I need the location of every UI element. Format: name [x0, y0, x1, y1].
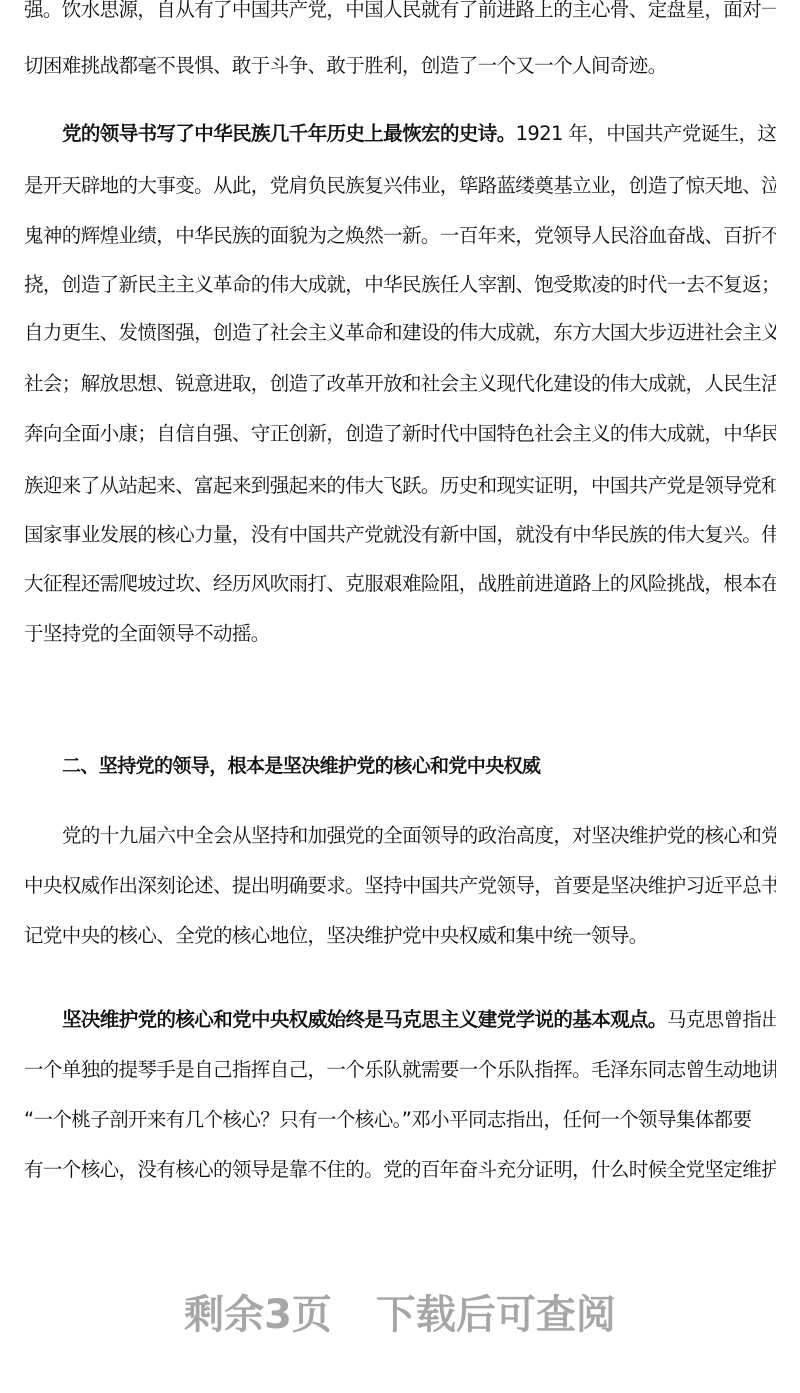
- history-line: 奔向全面小康；自信自强、守正创新，创造了新时代中国特色社会主义的伟大成就，中华民: [24, 421, 776, 447]
- download-to-view-label[interactable]: 下载后可查阅: [376, 1292, 616, 1338]
- history-bold-lead: 党的领导书写了中华民族几千年历史上最恢宏的史诗。: [62, 122, 516, 145]
- document-page: 强。饮水思源，自从有了中国共产党，中国人民就有了前进路上的主心骨、定盘星，面对一…: [0, 0, 800, 1393]
- history-line: 大征程还需爬坡过坎、经历风吹雨打、克服艰难险阻，战胜前进道路上的风险挑战，根本在: [24, 571, 776, 597]
- marxism-line: 有一个核心，没有核心的领导是靠不住的。党的百年奋斗充分证明，什么时候全党坚定维护: [24, 1157, 776, 1183]
- history-line: 自力更生、发愤图强，创造了社会主义革命和建设的伟大成就，东方大国大步迈进社会主义: [24, 320, 776, 346]
- history-line: 社会；解放思想、锐意进取，创造了改革开放和社会主义现代化建设的伟大成就，人民生活: [24, 371, 776, 397]
- intro-line-2: 切困难挑战都毫不畏惧、敢于斗争、敢于胜利，创造了一个又一个人间奇迹。: [24, 53, 776, 79]
- marxism-line: “一个桃子剖开来有几个核心？只有一个核心。”邓小平同志指出，任何一个领导集体都要: [24, 1107, 776, 1133]
- history-line: 挠，创造了新民主主义革命的伟大成就，中华民族任人宰割、饱受欺凌的时代一去不复返；: [24, 272, 776, 298]
- history-first-line-rest: 1921 年，中国共产党诞生，这: [516, 122, 776, 145]
- marxism-first-line-rest: 马克思曾指出，: [667, 1008, 776, 1031]
- history-line: 是开天辟地的大事变。从此，党肩负民族复兴伟业，筚路蓝缕奠基立业，创造了惊天地、泣: [24, 173, 776, 199]
- marxism-line: 一个单独的提琴手是自己指挥自己，一个乐队就需要一个乐队指挥。毛泽东同志曾生动地讲…: [24, 1057, 776, 1083]
- plenum-line: 党的十九届六中全会从坚持和加强党的全面领导的政治高度，对坚决维护党的核心和党: [62, 823, 776, 849]
- history-line: 国家事业发展的核心力量，没有中国共产党就没有新中国，就没有中华民族的伟大复兴。伟: [24, 522, 776, 548]
- download-prompt[interactable]: 剩余3页下载后可查阅: [0, 1290, 800, 1340]
- marxism-bold-lead: 坚决维护党的核心和党中央权威始终是马克思主义建党学说的基本观点。: [62, 1008, 667, 1031]
- section-heading: 二、坚持党的领导，根本是坚决维护党的核心和党中央权威: [62, 753, 776, 779]
- plenum-line: 中央权威作出深刻论述、提出明确要求。坚持中国共产党领导，首要是坚决维护习近平总书: [24, 873, 776, 899]
- marxism-first-line: 坚决维护党的核心和党中央权威始终是马克思主义建党学说的基本观点。马克思曾指出，: [62, 1007, 776, 1033]
- plenum-line: 记党中央的核心、全党的核心地位，坚决维护党中央权威和集中统一领导。: [24, 923, 776, 949]
- remaining-pages-label: 剩余3页: [184, 1292, 332, 1338]
- history-line: 族迎来了从站起来、富起来到强起来的伟大飞跃。历史和现实证明，中国共产党是领导党和: [24, 473, 776, 499]
- history-line: 鬼神的辉煌业绩，中华民族的面貌为之焕然一新。一百年来，党领导人民浴血奋战、百折不: [24, 223, 776, 249]
- history-line: 于坚持党的全面领导不动摇。: [24, 621, 776, 647]
- intro-line-1: 强。饮水思源，自从有了中国共产党，中国人民就有了前进路上的主心骨、定盘星，面对一: [24, 0, 776, 23]
- history-first-line: 党的领导书写了中华民族几千年历史上最恢宏的史诗。1921 年，中国共产党诞生，这: [62, 121, 776, 147]
